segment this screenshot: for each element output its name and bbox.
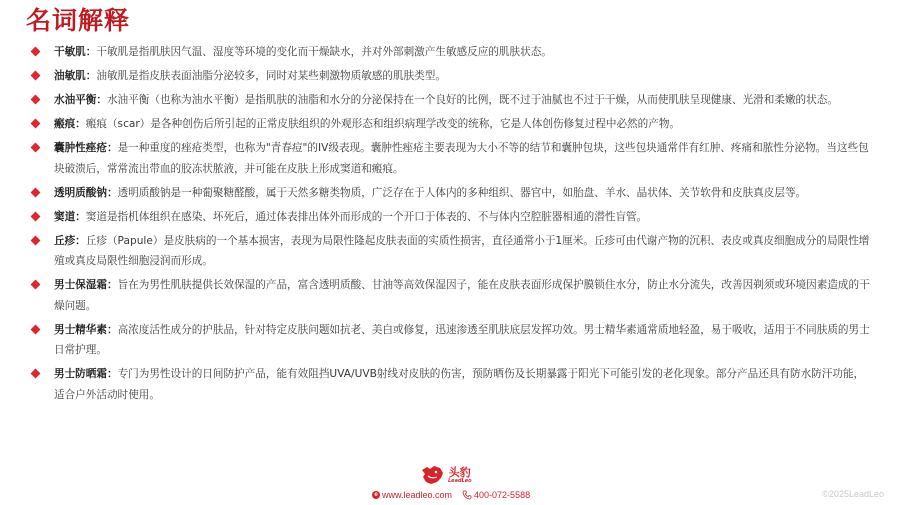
page-title: 名词解释 — [26, 6, 130, 36]
term-list: 干敏肌：干敏肌是指肌肤因气温、湿度等环境的变化而干燥缺水，并对外部刺激产生敏感反… — [0, 42, 900, 409]
term-label: 窦道： — [54, 211, 86, 223]
term-item-dry-sensitive-skin: 干敏肌：干敏肌是指肌肤因气温、湿度等环境的变化而干燥缺水，并对外部刺激产生敏感反… — [0, 42, 900, 63]
term-label: 油敏肌： — [54, 70, 96, 82]
term-item-mens-moisturizer: 男士保湿霜：旨在为男性肌肤提供长效保湿的产品，富含透明质酸、甘油等高效保湿因子，… — [0, 275, 900, 316]
logo-chinese-name: 头豹 — [449, 467, 471, 478]
diamond-bullet-icon — [31, 47, 41, 57]
term-label: 丘疹： — [54, 235, 86, 247]
term-item-cystic-acne: 囊肿性痤疮：是一种重度的痤疮类型，也称为"青春痘"的IV级表现。囊肿性痤疮主要表… — [0, 138, 900, 179]
term-label: 瘢痕： — [54, 118, 86, 130]
term-item-mens-serum: 男士精华素：高浓度活性成分的护肤品，针对特定皮肤问题如抗老、美白或修复，迅速渗透… — [0, 320, 900, 361]
logo-english-name: LeadLeo — [448, 479, 472, 484]
term-definition: 专门为男性设计的日间防护产品，能有效阻挡UVA/UVB射线对皮肤的伤害，预防晒伤… — [54, 368, 864, 401]
phone-icon — [462, 490, 472, 500]
diamond-bullet-icon — [31, 235, 41, 245]
term-item-papule: 丘疹：丘疹（Papule）是皮肤病的一个基本损害，表现为局限性隆起皮肤表面的实质… — [0, 231, 900, 272]
copyright-notice: ©2025LeadLeo — [822, 489, 884, 499]
term-label: 男士保湿霜： — [54, 279, 118, 291]
term-definition: 干敏肌是指肌肤因气温、湿度等环境的变化而干燥缺水，并对外部刺激产生敏感反应的肌肤… — [96, 46, 552, 58]
diamond-bullet-icon — [31, 143, 41, 153]
diamond-bullet-icon — [31, 119, 41, 129]
term-item-oily-sensitive-skin: 油敏肌：油敏肌是指皮肤表面油脂分泌较多，同时对某些刺激物质敏感的肌肤类型。 — [0, 66, 900, 87]
term-definition: 油敏肌是指皮肤表面油脂分泌较多，同时对某些刺激物质敏感的肌肤类型。 — [96, 70, 446, 82]
term-definition: 窦道是指机体组织在感染、坏死后，通过体表排出体外而形成的一个开口于体表的、不与体… — [86, 211, 647, 223]
term-item-water-oil-balance: 水油平衡：水油平衡（也称为油水平衡）是指肌肤的油脂和水分的分泌保持在一个良好的比… — [0, 90, 900, 111]
web-icon: e — [372, 491, 380, 499]
term-definition: 旨在为男性肌肤提供长效保湿的产品，富含透明质酸、甘油等高效保湿因子，能在皮肤表面… — [54, 279, 870, 312]
footer-contact: e www.leadleo.com 400-072-5588 — [372, 490, 530, 500]
term-definition: 水油平衡（也称为油水平衡）是指肌肤的油脂和水分的分泌保持在一个良好的比例，既不过… — [107, 94, 838, 106]
diamond-bullet-icon — [31, 369, 41, 379]
term-item-mens-sunscreen: 男士防晒霜：专门为男性设计的日间防护产品，能有效阻挡UVA/UVB射线对皮肤的伤… — [0, 364, 900, 405]
diamond-bullet-icon — [31, 71, 41, 81]
term-definition: 是一种重度的痤疮类型，也称为"青春痘"的IV级表现。囊肿性痤疮主要表现为大小不等… — [54, 142, 869, 175]
term-label: 男士精华素： — [54, 324, 118, 336]
term-definition: 透明质酸钠是一种葡聚糖醛酸，属于天然多糖类物质，广泛存在于人体内的多种组织、器官… — [118, 187, 807, 199]
diamond-bullet-icon — [31, 211, 41, 221]
term-item-sodium-hyaluronate: 透明质酸钠：透明质酸钠是一种葡聚糖醛酸，属于天然多糖类物质，广泛存在于人体内的多… — [0, 183, 900, 204]
term-item-sinus-tract: 窦道：窦道是指机体组织在感染、坏死后，通过体表排出体外而形成的一个开口于体表的、… — [0, 207, 900, 228]
term-label: 透明质酸钠： — [54, 187, 118, 199]
term-label: 囊肿性痤疮： — [54, 142, 118, 154]
term-definition: 瘢痕（scar）是各种创伤后所引起的正常皮肤组织的外观形态和组织病理学改变的统称… — [86, 118, 680, 130]
phone-number: 400-072-5588 — [474, 490, 530, 500]
leopard-logo-icon — [420, 464, 444, 486]
diamond-bullet-icon — [31, 187, 41, 197]
brand-logo: 头豹 LeadLeo — [420, 462, 472, 488]
diamond-bullet-icon — [31, 324, 41, 334]
diamond-bullet-icon — [31, 95, 41, 105]
term-item-scar: 瘢痕：瘢痕（scar）是各种创伤后所引起的正常皮肤组织的外观形态和组织病理学改变… — [0, 114, 900, 135]
term-definition: 高浓度活性成分的护肤品，针对特定皮肤问题如抗老、美白或修复，迅速渗透至肌肤底层发… — [54, 324, 870, 357]
term-definition: 丘疹（Papule）是皮肤病的一个基本损害，表现为局限性隆起皮肤表面的实质性损害… — [54, 235, 869, 268]
term-label: 男士防晒霜： — [54, 368, 118, 380]
diamond-bullet-icon — [31, 280, 41, 290]
website-link[interactable]: www.leadleo.com — [382, 490, 452, 500]
term-label: 水油平衡： — [54, 94, 107, 106]
term-label: 干敏肌： — [54, 46, 96, 58]
